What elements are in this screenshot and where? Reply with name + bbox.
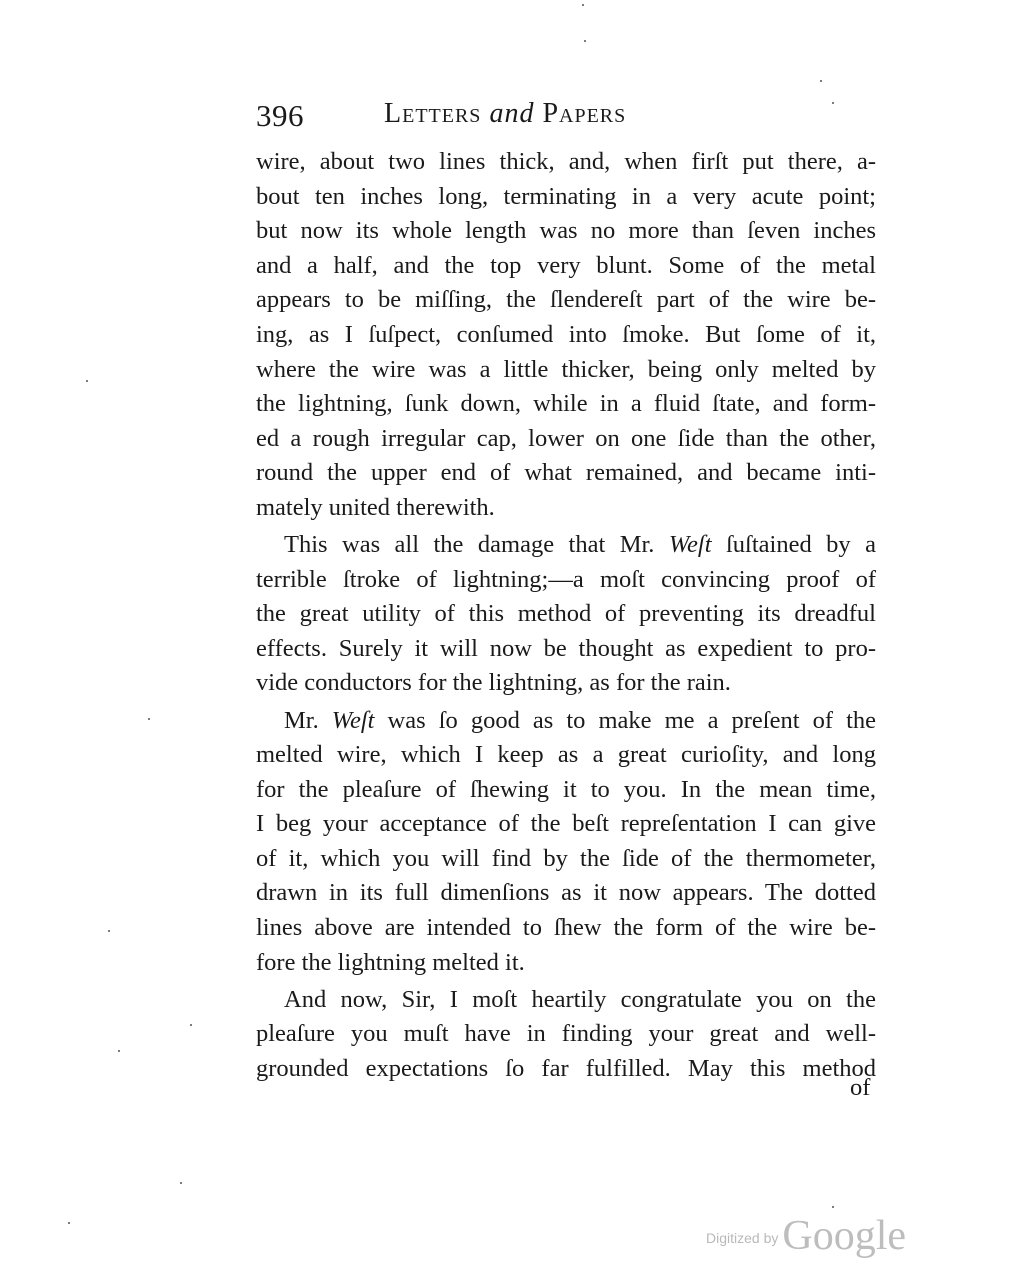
google-logo-text: Google [782,1213,906,1259]
text-line: pleaſure you muſt have in finding your g… [256,1017,876,1052]
text-line: vide conductors for the lightning, as fo… [256,666,876,701]
text-line: wire, about two lines thick, and, when f… [256,145,876,180]
text-line: of it, which you will find by the ſide o… [256,842,876,877]
text-line: Mr. Weſt was ſo good as to make me a pre… [256,704,876,739]
text-line: the lightning, ſunk down, while in a flu… [256,387,876,422]
scan-speck [180,1182,182,1184]
text-line: effects. Surely it will now be thought a… [256,632,876,667]
text-line: round the upper end of what remained, an… [256,456,876,491]
digitized-by-google-watermark: Digitized by Google [706,1212,906,1260]
text-line: bout ten inches long, terminating in a v… [256,180,876,215]
scan-speck [820,80,822,82]
running-head-papers: Papers [542,98,626,129]
catchword: of [850,1074,870,1102]
person-name: Weſt [332,707,375,734]
text-line: appears to be miſſing, the ſlendereſt pa… [256,283,876,318]
text-line: And now, Sir, I moſt heartily congratula… [256,983,876,1018]
text-line: terrible ſtroke of lightning;—a moſt con… [256,563,876,598]
text-line: for the pleaſure of ſhewing it to you. I… [256,773,876,808]
text-line: melted wire, which I keep as a great cur… [256,738,876,773]
text-line: lines above are intended to ſhew the for… [256,911,876,946]
text-run: Mr. [284,707,319,734]
text-run: This was all the damage that Mr. [284,531,654,558]
paragraph-4: And now, Sir, I moſt heartily congratula… [256,983,876,1087]
text-line: drawn in its full dimenſions as it now a… [256,876,876,911]
scan-speck [108,930,110,932]
person-name: Weſt [669,531,712,558]
page-number: 396 [256,98,304,134]
text-run: ſuſtained by a [726,531,876,558]
book-page: 396 Letters and Papers wire, about two l… [0,0,1014,1282]
text-line: where the wire was a little thicker, bei… [256,353,876,388]
paragraph-1: wire, about two lines thick, and, when f… [256,145,876,526]
text-line: and a half, and the top very blunt. Some… [256,249,876,284]
text-run: was ſo good as to make me a preſent of t… [388,707,876,734]
scan-speck [148,718,150,720]
text-line: This was all the damage that Mr. Weſt ſu… [256,528,876,563]
text-line: grounded expectations ſo far fulfilled. … [256,1052,876,1087]
text-line: but now its whole length was no more tha… [256,214,876,249]
text-line: ing, as I ſuſpect, conſumed into ſmoke. … [256,318,876,353]
body-text: wire, about two lines thick, and, when f… [256,145,876,1089]
scan-speck [584,40,586,42]
paragraph-2: This was all the damage that Mr. Weſt ſu… [256,528,876,701]
scan-speck [118,1050,120,1052]
text-line: fore the lightning melted it. [256,946,876,981]
text-line: ed a rough irregular cap, lower on one ſ… [256,422,876,457]
paragraph-3: Mr. Weſt was ſo good as to make me a pre… [256,704,876,981]
page-header: 396 Letters and Papers [256,98,876,138]
running-head: Letters and Papers [384,98,626,130]
watermark-prefix: Digitized by [706,1230,778,1246]
scan-speck [582,4,584,6]
scan-speck [832,1206,834,1208]
text-line: the great utility of this method of prev… [256,597,876,632]
running-head-and: and [489,98,534,129]
running-head-letters: Letters [384,98,481,129]
scan-speck [190,1024,192,1026]
text-line: I beg your acceptance of the beſt repreſ… [256,807,876,842]
scan-speck [86,380,88,382]
text-line: mately united therewith. [256,491,876,526]
scan-speck [832,102,834,104]
scan-speck [68,1222,70,1224]
